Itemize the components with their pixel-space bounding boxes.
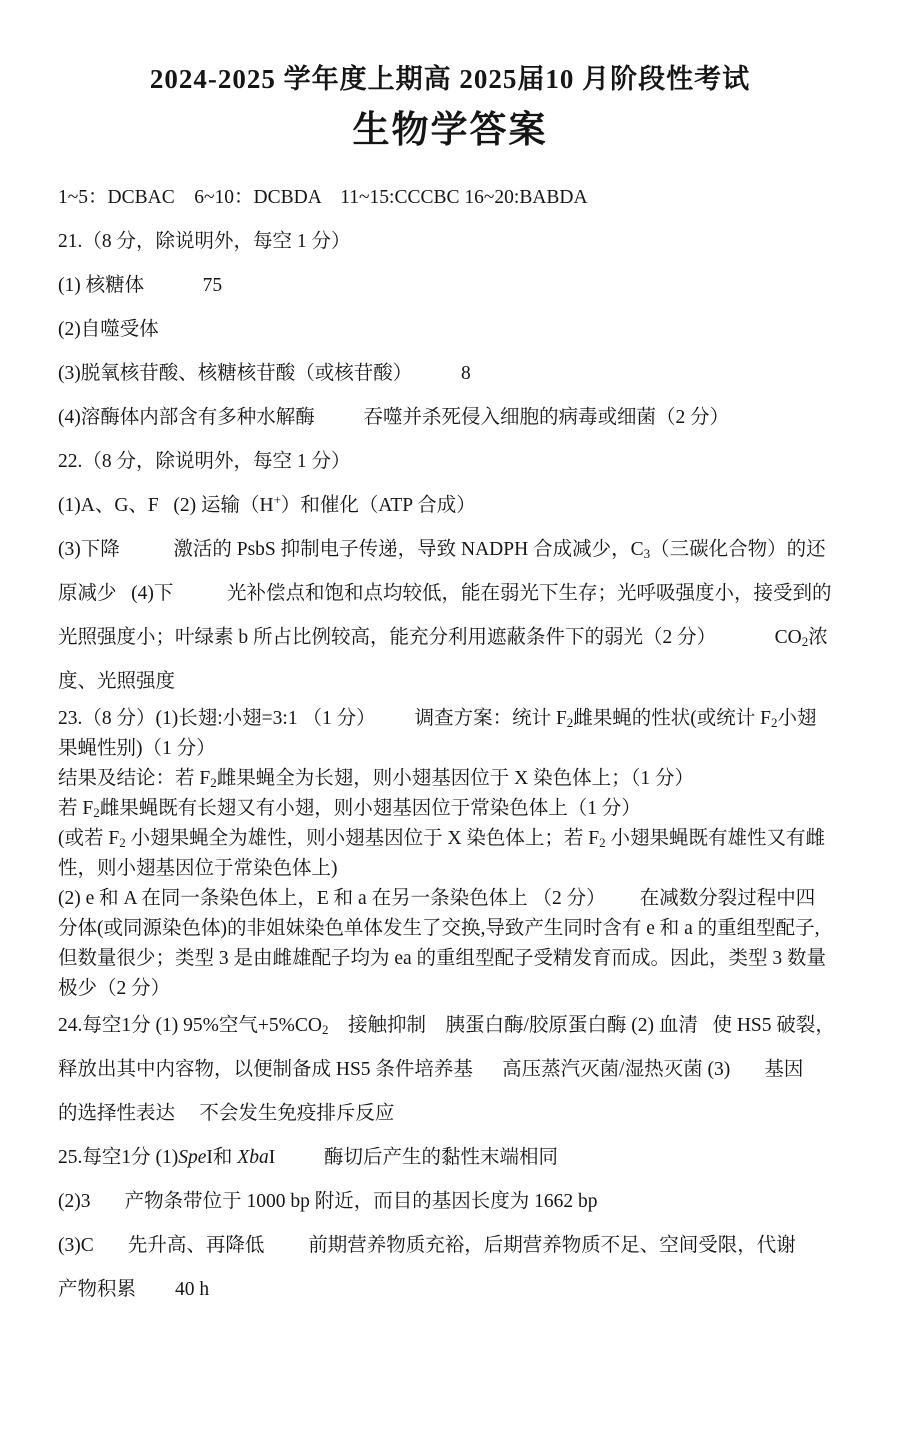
- document-body: 1~5：DCBAC 6~10：DCBDA 11~15:CCCBC 16~20:B…: [0, 154, 900, 1312]
- text-line: 21.（8 分，除说明外，每空 1 分）: [58, 220, 848, 264]
- italic-text: Xba: [237, 1147, 268, 1168]
- page-title: 生物学答案: [0, 108, 900, 154]
- text-line: (或若 F2 小翅果蝇全为雄性，则小翅基因位于 X 染色体上；若 F2 小翅果蝇…: [58, 824, 848, 854]
- text-line: 结果及结论：若 F2雌果蝇全为长翅，则小翅基因位于 X 染色体上；（1 分）: [58, 764, 848, 794]
- text-line: 但数量很少；类型 3 是由雌雄配子均为 ea 的重组型配子受精发育而成。因此，类…: [58, 944, 848, 974]
- text-line: 25.每空1分 (1)SpeI和 XbaI 酶切后产生的黏性末端相同: [58, 1136, 848, 1180]
- text-line: 24.每空1分 (1) 95%空气+5%CO2 接触抑制 胰蛋白酶/胶原蛋白酶 …: [58, 1004, 848, 1048]
- text-line: (3)C 先升高、再降低 前期营养物质充裕，后期营养物质不足、空间受限，代谢: [58, 1224, 848, 1268]
- subscript-text: 2: [599, 835, 606, 850]
- text-line: (2)3 产物条带位于 1000 bp 附近，而目的基因长度为 1662 bp: [58, 1180, 848, 1224]
- text-line: 极少（2 分）: [58, 974, 848, 1004]
- text-line: (1)A、G、F (2) 运输（H+）和催化（ATP 合成）: [58, 484, 848, 528]
- text-line: (2)自噬受体: [58, 308, 848, 352]
- text-line: 22.（8 分，除说明外，每空 1 分）: [58, 440, 848, 484]
- text-line: (1) 核糖体 75: [58, 264, 848, 308]
- text-line: (2) e 和 A 在同一条染色体上，E 和 a 在另一条染色体上 （2 分） …: [58, 884, 848, 914]
- subscript-text: 2: [119, 835, 126, 850]
- text-line: 光照强度小；叶绿素 b 所占比例较高，能充分利用遮蔽条件下的弱光（2 分） CO…: [58, 616, 848, 660]
- exam-session-title: 2024-2025 学年度上期高 2025届10 月阶段性考试: [0, 0, 900, 96]
- subscript-text: 2: [567, 715, 574, 730]
- subscript-text: 2: [771, 715, 778, 730]
- superscript-text: +: [274, 492, 281, 507]
- text-line: (3)下降 激活的 PsbS 抑制电子传递，导致 NADPH 合成减少，C3（三…: [58, 528, 848, 572]
- text-line: 释放出其中内容物，以便制备成 HS5 条件培养基 高压蒸汽灭菌/湿热灭菌 (3)…: [58, 1048, 848, 1092]
- subscript-text: 3: [644, 546, 651, 561]
- subscript-text: 2: [802, 634, 809, 649]
- text-line: 的选择性表达 不会发生免疫排斥反应: [58, 1092, 848, 1136]
- answer-sheet-page: 2024-2025 学年度上期高 2025届10 月阶段性考试 生物学答案 1~…: [0, 0, 900, 1444]
- text-line: 分体(或同源染色体)的非姐妹染色单体发生了交换,导致产生同时含有 e 和 a 的…: [58, 914, 848, 944]
- text-line: 23.（8 分）(1)长翅:小翅=3:1 （1 分） 调查方案：统计 F2雌果蝇…: [58, 704, 848, 734]
- text-line: 原减少 (4)下 光补偿点和饱和点均较低，能在弱光下生存；光呼吸强度小，接受到的: [58, 572, 848, 616]
- text-line: 1~5：DCBAC 6~10：DCBDA 11~15:CCCBC 16~20:B…: [58, 176, 848, 220]
- text-line: (4)溶酶体内部含有多种水解酶 吞噬并杀死侵入细胞的病毒或细菌（2 分）: [58, 396, 848, 440]
- italic-text: Spe: [178, 1147, 206, 1168]
- text-line: (3)脱氧核苷酸、核糖核苷酸（或核苷酸） 8: [58, 352, 848, 396]
- subscript-text: 2: [322, 1022, 329, 1037]
- subscript-text: 2: [210, 775, 217, 790]
- text-line: 若 F2雌果蝇既有长翅又有小翅，则小翅基因位于常染色体上（1 分）: [58, 794, 848, 824]
- text-line: 性，则小翅基因位于常染色体上): [58, 854, 848, 884]
- text-line: 产物积累 40 h: [58, 1268, 848, 1312]
- text-line: 果蝇性别)（1 分）: [58, 734, 848, 764]
- text-line: 度、光照强度: [58, 660, 848, 704]
- subscript-text: 2: [93, 805, 100, 820]
